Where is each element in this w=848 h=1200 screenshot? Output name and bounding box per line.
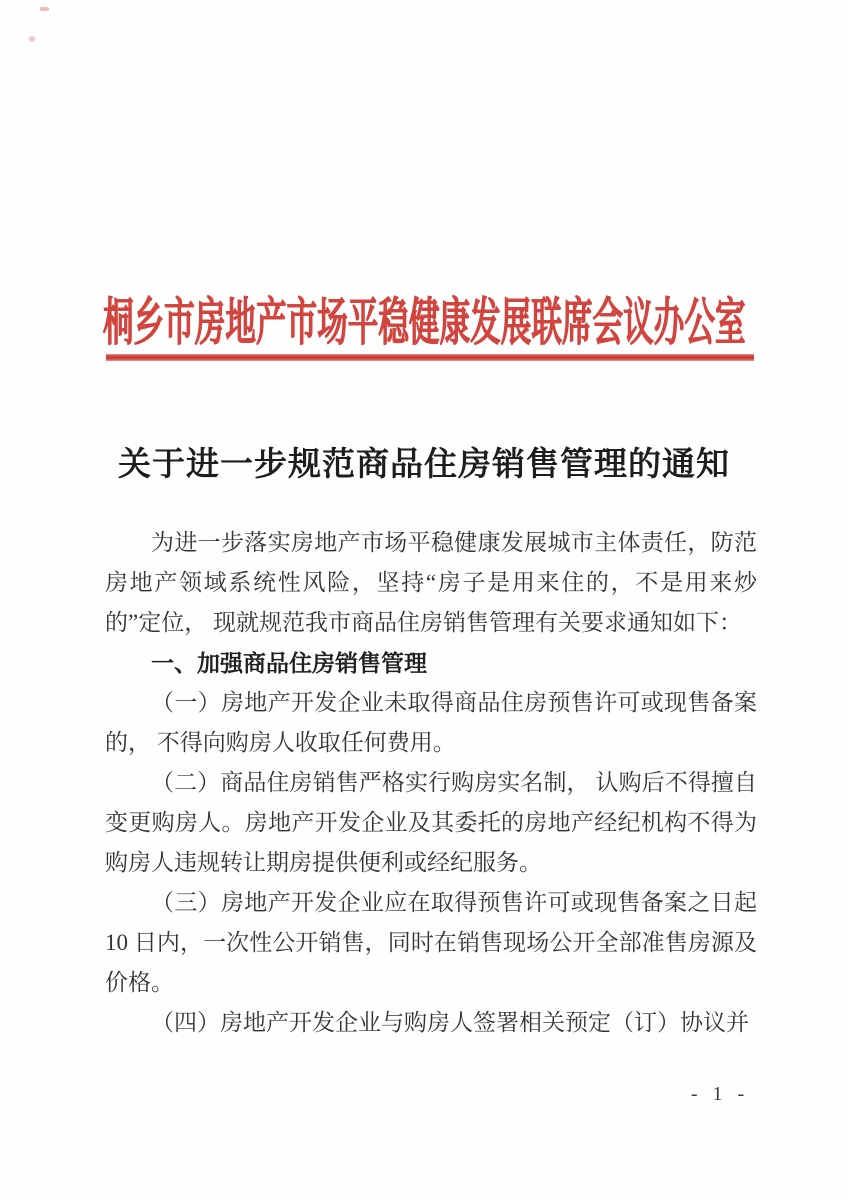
page-number: - 1 - xyxy=(680,1083,760,1106)
intro-paragraph: 为进一步落实房地产市场平稳健康发展城市主体责任，防范房地产领域系统性风险，坚持“… xyxy=(105,523,757,643)
item-4-paragraph: （四）房地产开发企业与购房人签署相关预定（订）协议并 xyxy=(105,1003,757,1043)
letterhead-divider-rule xyxy=(106,354,754,361)
letterhead-agency-name: 桐乡市房地产市场平稳健康发展联席会议办公室 xyxy=(103,280,746,356)
document-body: 为进一步落实房地产市场平稳健康发展城市主体责任，防范房地产领域系统性风险，坚持“… xyxy=(105,523,757,1043)
document-title: 关于进一步规范商品住房销售管理的通知 xyxy=(0,438,848,485)
item-3-paragraph: （三）房地产开发企业应在取得预售许可或现售备案之日起10 日内，一次性公开销售，… xyxy=(105,883,757,1003)
item-2-paragraph: （二）商品住房销售严格实行购房实名制， 认购后不得擅自变更购房人。房地产开发企业… xyxy=(105,763,757,883)
section-1-heading: 一、加强商品住房销售管理 xyxy=(105,643,757,683)
scan-artifact-speck xyxy=(40,7,49,11)
scanned-document-page: 桐乡市房地产市场平稳健康发展联席会议办公室 关于进一步规范商品住房销售管理的通知… xyxy=(0,0,848,1200)
item-1-paragraph: （一）房地产开发企业未取得商品住房预售许可或现售备案的， 不得向购房人收取任何费… xyxy=(105,683,757,763)
scan-artifact-speck xyxy=(29,36,35,42)
letterhead-banner: 桐乡市房地产市场平稳健康发展联席会议办公室 xyxy=(0,280,848,324)
